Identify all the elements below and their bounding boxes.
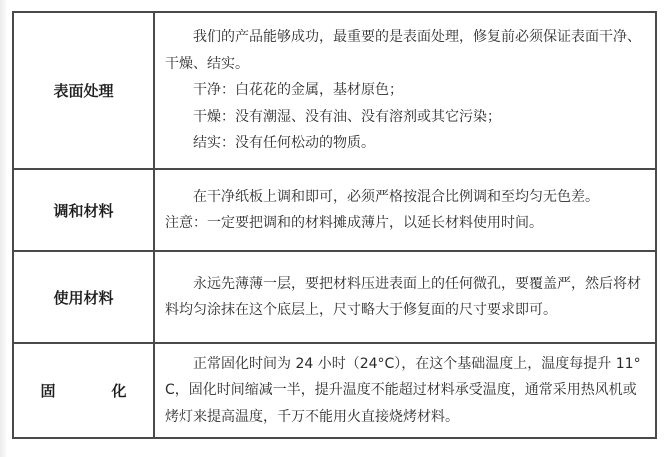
- row-content-surface-treatment: 我们的产品能够成功，最重要的是表面处理，修复前必须保证表面干净、干燥、结实。 干…: [154, 12, 656, 169]
- paragraph: 干燥：没有潮湿、没有油、没有溶剂或其它污染；: [165, 104, 645, 131]
- table-row-apply-material: 使用材料 永远先薄薄一层，要把材料压进表面上的任何微孔，要覆盖严，然后将材料均匀…: [13, 251, 656, 343]
- row-content-apply-material: 永远先薄薄一层，要把材料压进表面上的任何微孔，要覆盖严，然后将材料均匀涂抹在这个…: [154, 251, 656, 343]
- label-char: 固: [40, 382, 55, 400]
- row-label-apply-material: 使用材料: [13, 251, 154, 343]
- row-content-mix-material: 在干净纸板上调和即可，必须严格按混合比例调和至均匀无色差。 注意：一定要把调和的…: [154, 169, 656, 251]
- paragraph-note: 注意：一定要把调和的材料摊成薄片，以延长材料使用时间。: [165, 210, 645, 237]
- paragraph: 干净：白花花的金属，基材原色；: [165, 77, 645, 104]
- table-row-curing: 固化 正常固化时间为 24 小时（24°C），在这个基础温度上，温度每提升 11…: [13, 343, 656, 438]
- table-row-surface-treatment: 表面处理 我们的产品能够成功，最重要的是表面处理，修复前必须保证表面干净、干燥、…: [13, 12, 656, 169]
- paragraph: 我们的产品能够成功，最重要的是表面处理，修复前必须保证表面干净、干燥、结实。: [165, 24, 645, 77]
- paragraph: 结实：没有任何松动的物质。: [165, 130, 645, 157]
- page-edge-shade: [0, 0, 6, 457]
- table-row-mix-material: 调和材料 在干净纸板上调和即可，必须严格按混合比例调和至均匀无色差。 注意：一定…: [13, 169, 656, 251]
- repair-process-table: 表面处理 我们的产品能够成功，最重要的是表面处理，修复前必须保证表面干净、干燥、…: [12, 11, 657, 439]
- row-label-mix-material: 调和材料: [13, 169, 154, 251]
- row-label-surface-treatment: 表面处理: [13, 12, 154, 169]
- label-char: 化: [112, 382, 127, 400]
- paragraph: 永远先薄薄一层，要把材料压进表面上的任何微孔，要覆盖严，然后将材料均匀涂抹在这个…: [165, 271, 645, 324]
- paragraph: 正常固化时间为 24 小时（24°C），在这个基础温度上，温度每提升 11°C，…: [165, 351, 645, 431]
- paragraph: 在干净纸板上调和即可，必须严格按混合比例调和至均匀无色差。: [165, 184, 645, 211]
- row-content-curing: 正常固化时间为 24 小时（24°C），在这个基础温度上，温度每提升 11°C，…: [154, 343, 656, 438]
- row-label-curing: 固化: [13, 343, 154, 438]
